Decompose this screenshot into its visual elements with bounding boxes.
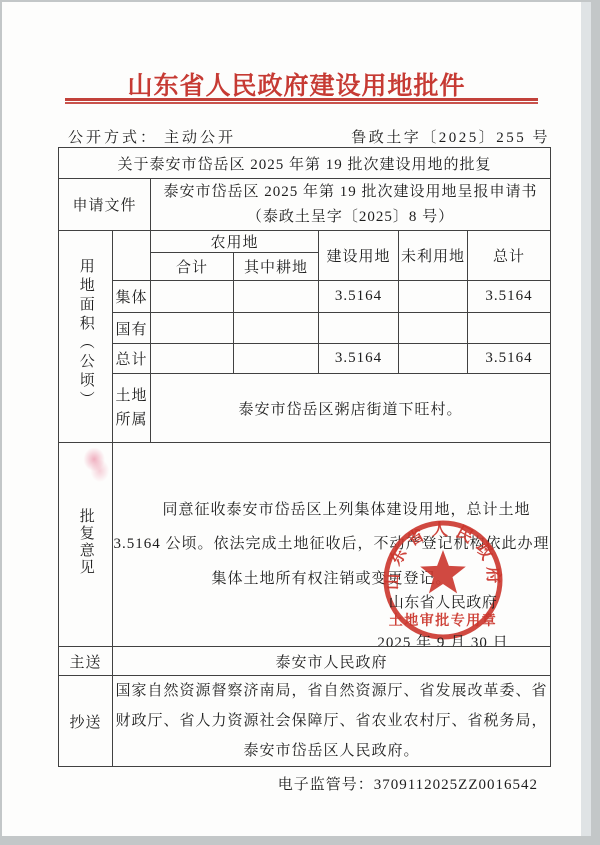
document-number: 鲁政土字〔2025〕255 号: [351, 126, 550, 147]
cell-unused: [399, 313, 468, 344]
header-agricultural: 农用地: [151, 231, 319, 253]
cell-agri-subtotal: [151, 344, 234, 374]
land-belonging-value: 泰安市岱岳区粥店街道下旺村。: [151, 374, 551, 443]
cell-agri-subtotal: [151, 281, 234, 313]
approval-opinion-content: 同意征收泰安市岱岳区上列集体建设用地，总计土地 3.5164 公顷。依法完成土地…: [113, 443, 551, 647]
cell-construction: 3.5164: [319, 281, 399, 313]
document-title: 山东省人民政府建设用地批件: [2, 66, 591, 102]
row-label: 集体: [113, 281, 151, 313]
cell-total: [468, 313, 551, 344]
cell-cultivated: [234, 344, 319, 374]
cell-unused: [399, 281, 468, 313]
table-row-grand-total: 总计 3.5164 3.5164: [59, 344, 551, 374]
cell-unused: [399, 344, 468, 374]
meta-row: 公开方式：主动公开 鲁政土字〔2025〕255 号: [68, 126, 550, 147]
table-row-state-owned: 国有: [59, 313, 551, 344]
approval-opinion-label: 批复意见: [59, 443, 113, 647]
seal-star-icon: [420, 550, 466, 593]
cc-value: 国家自然资源督察济南局，省自然资源厅、省发展改革委、省财政厅、省人力资源社会保障…: [113, 676, 551, 767]
cell-construction: 3.5164: [319, 344, 399, 374]
cell-total: 3.5164: [468, 344, 551, 374]
subject-title: 关于泰安市岱岳区 2025 年第 19 批次建设用地的批复: [59, 148, 551, 179]
table-row-collective: 集体 3.5164 3.5164: [59, 281, 551, 313]
header-construction: 建设用地: [319, 231, 399, 281]
cc-label: 抄送: [59, 676, 113, 767]
application-value: 泰安市岱岳区 2025 年第 19 批次建设用地呈报申请书（泰政土呈字〔2025…: [151, 179, 551, 231]
row-label: 总计: [113, 344, 151, 374]
table-row-main-recipient: 主送 泰安市人民政府: [59, 647, 551, 676]
table-row-cc-recipients: 抄送 国家自然资源督察济南局，省自然资源厅、省发展改革委、省财政厅、省人力资源社…: [59, 676, 551, 767]
publicity-value: 主动公开: [164, 130, 236, 146]
land-belonging-label: 土地所属: [113, 374, 151, 443]
document-sheet: 山东省人民政府建设用地批件 公开方式：主动公开 鲁政土字〔2025〕255 号 …: [2, 2, 591, 836]
printed-government-name: 山东省人民政府: [389, 594, 498, 611]
header-total: 总计: [468, 231, 551, 281]
supervision-number: 3709112025ZZ0016542: [374, 777, 538, 793]
cell-agri-subtotal: [151, 313, 234, 344]
main-recipient-label: 主送: [59, 647, 113, 676]
title-divider-line: [65, 98, 538, 104]
seal-title-text: 土地审批专用章: [389, 612, 498, 628]
land-area-axis-label: 用地面积（公顷）: [59, 231, 113, 443]
cell-construction: [319, 313, 399, 344]
header-agri-subtotal: 合计: [151, 253, 234, 281]
header-unused: 未利用地: [399, 231, 468, 281]
header-cultivated: 其中耕地: [234, 253, 319, 281]
approval-date: 2025 年 9 月 30 日: [377, 633, 508, 647]
main-recipient-value: 泰安市人民政府: [113, 647, 551, 676]
scanned-document-page: { "document": { "title": "山东省人民政府建设用地批件"…: [0, 0, 600, 845]
table-row-land-belonging: 土地所属 泰安市岱岳区粥店街道下旺村。: [59, 374, 551, 443]
cell-total: 3.5164: [468, 281, 551, 313]
row-label: 国有: [113, 313, 151, 344]
publicity-label: 公开方式：: [68, 130, 158, 146]
seal-graphic: 山东省人民政府 山东省人民政府 土地审批专用章 2025 年 9 月 30 日: [359, 513, 527, 647]
official-seal: 山东省人民政府 山东省人民政府 土地审批专用章 2025 年 9 月 30 日: [359, 513, 527, 647]
application-label: 申请文件: [59, 179, 151, 231]
electronic-supervision-line: 电子监管号：3709112025ZZ0016542: [58, 773, 550, 794]
empty-corner-cell: [113, 231, 151, 281]
publicity-field: 公开方式：主动公开: [68, 126, 236, 147]
table-row-approval-opinion: 批复意见 同意征收泰安市岱岳区上列集体建设用地，总计土地 3.5164 公顷。依…: [59, 443, 551, 647]
ink-smudge: [83, 446, 111, 484]
scan-edge-shadow: [581, 2, 591, 836]
approval-form-table: 关于泰安市岱岳区 2025 年第 19 批次建设用地的批复 申请文件 泰安市岱岳…: [58, 147, 551, 767]
cell-cultivated: [234, 281, 319, 313]
supervision-label: 电子监管号：: [278, 777, 374, 793]
cell-cultivated: [234, 313, 319, 344]
